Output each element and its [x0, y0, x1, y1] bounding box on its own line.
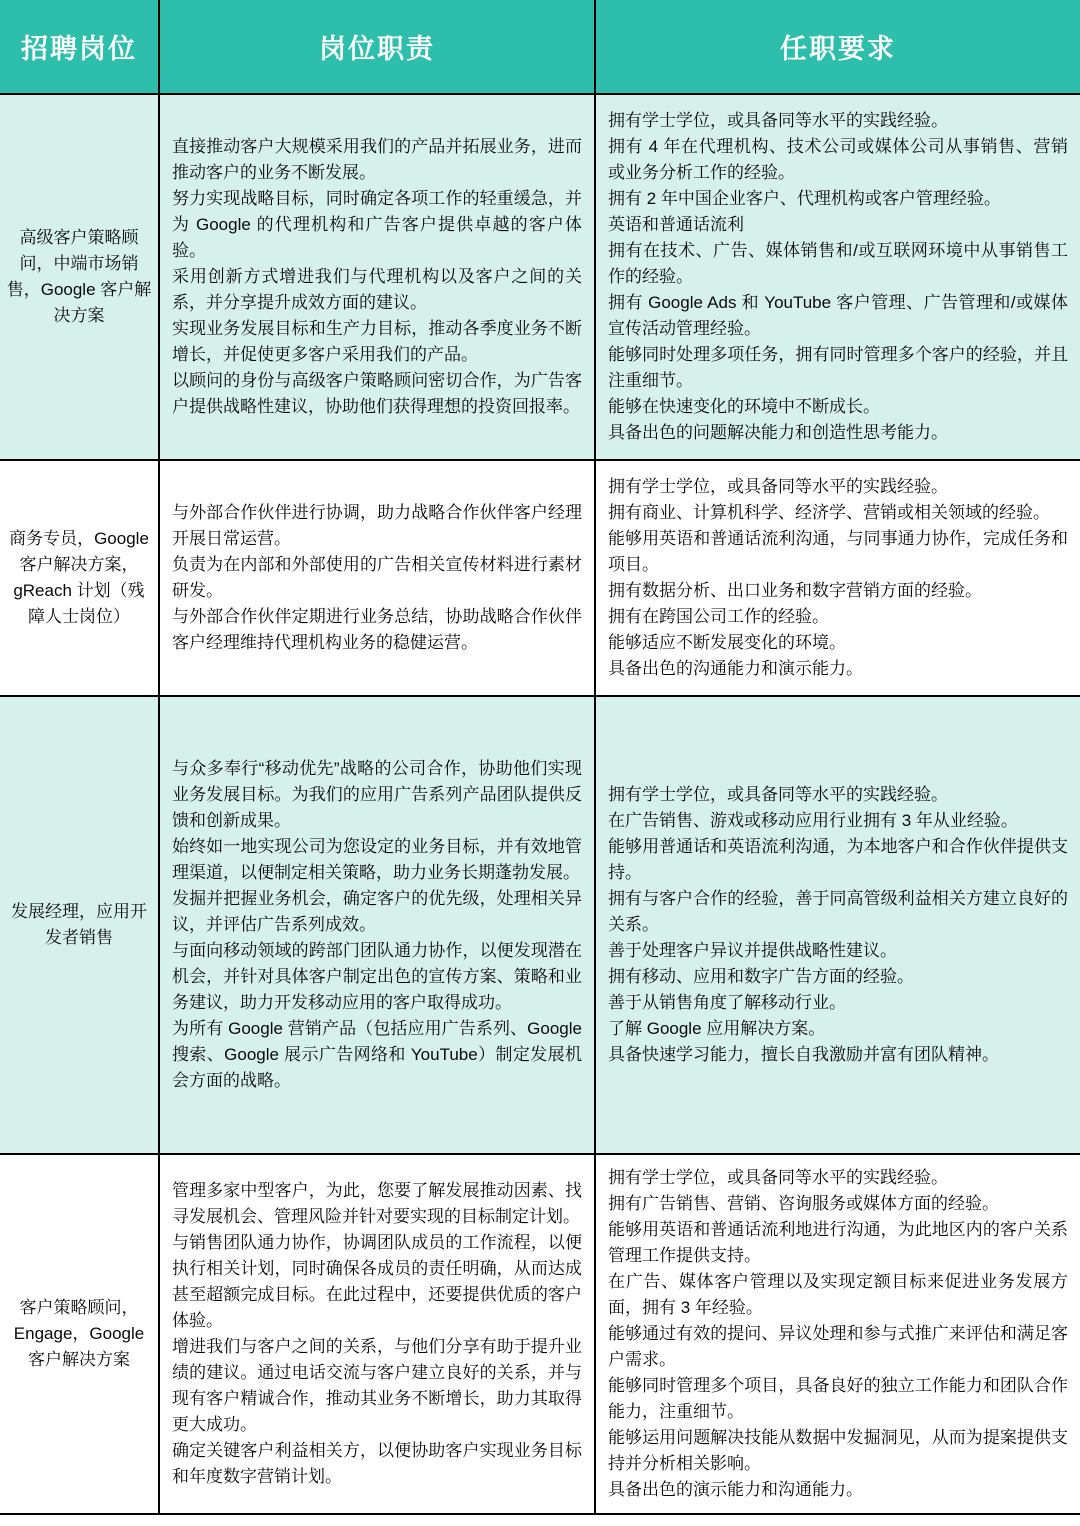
recruitment-table: 招聘岗位 岗位职责 任职要求 高级客户策略顾问，中端市场销售，Google 客户… [0, 0, 1080, 1515]
job-row: 商务专员，Google 客户解决方案，gReach 计划（残障人士岗位）与外部合… [0, 461, 1080, 697]
responsibility-item: 与面向移动领域的跨部门团队通力协作，以便发现潜在机会，并针对具体客户制定出色的宣… [172, 938, 582, 1016]
job-row: 发展经理，应用开发者销售与众多奉行“移动优先”战略的公司合作，协助他们实现业务发… [0, 697, 1080, 1155]
requirement-item: 能够在快速变化的环境中不断成长。 [608, 394, 1068, 420]
requirements-cell: 拥有学士学位，或具备同等水平的实践经验。拥有广告销售、营销、咨询服务或媒体方面的… [596, 1155, 1080, 1513]
requirement-item: 拥有广告销售、营销、咨询服务或媒体方面的经验。 [608, 1191, 1068, 1217]
responsibilities-cell: 管理多家中型客户，为此，您要了解发展推动因素、找寻发展机会、管理风险并针对要实现… [160, 1155, 596, 1513]
header-cell-position: 招聘岗位 [0, 0, 160, 93]
position-text: 商务专员，Google 客户解决方案，gReach 计划（残障人士岗位） [6, 526, 152, 630]
requirement-item: 拥有 Google Ads 和 YouTube 客户管理、广告管理和/或媒体宣传… [608, 290, 1068, 342]
job-row: 客户策略顾问，Engage，Google 客户解决方案管理多家中型客户，为此，您… [0, 1155, 1080, 1515]
requirement-item: 拥有学士学位，或具备同等水平的实践经验。 [608, 108, 1068, 134]
requirements-cell: 拥有学士学位，或具备同等水平的实践经验。在广告销售、游戏或移动应用行业拥有 3 … [596, 697, 1080, 1153]
requirement-item: 能够用英语和普通话流利沟通，与同事通力协作，完成任务和项目。 [608, 526, 1068, 578]
responsibility-item: 增进我们与客户之间的关系，与他们分享有助于提升业绩的建议。通过电话交流与客户建立… [172, 1334, 582, 1438]
requirement-item: 拥有学士学位，或具备同等水平的实践经验。 [608, 1165, 1068, 1191]
requirements-cell: 拥有学士学位，或具备同等水平的实践经验。拥有 4 年在代理机构、技术公司或媒体公… [596, 95, 1080, 459]
responsibility-item: 直接推动客户大规模采用我们的产品并拓展业务，进而推动客户的业务不断发展。 [172, 134, 582, 186]
responsibility-item: 管理多家中型客户，为此，您要了解发展推动因素、找寻发展机会、管理风险并针对要实现… [172, 1178, 582, 1230]
requirement-item: 在广告、媒体客户管理以及实现定额目标来促进业务发展方面，拥有 3 年经验。 [608, 1269, 1068, 1321]
position-cell: 商务专员，Google 客户解决方案，gReach 计划（残障人士岗位） [0, 461, 160, 695]
position-cell: 客户策略顾问，Engage，Google 客户解决方案 [0, 1155, 160, 1513]
requirement-item: 具备出色的问题解决能力和创造性思考能力。 [608, 420, 1068, 446]
position-cell: 发展经理，应用开发者销售 [0, 697, 160, 1153]
requirement-item: 在广告销售、游戏或移动应用行业拥有 3 年从业经验。 [608, 808, 1068, 834]
requirement-item: 拥有在技术、广告、媒体销售和/或互联网环境中从事销售工作的经验。 [608, 238, 1068, 290]
requirement-item: 英语和普通话流利 [608, 212, 1068, 238]
responsibility-item: 确定关键客户利益相关方，以便协助客户实现业务目标和年度数字营销计划。 [172, 1438, 582, 1490]
responsibility-item: 以顾问的身份与高级客户策略顾问密切合作，为广告客户提供战略性建议，协助他们获得理… [172, 368, 582, 420]
requirement-item: 拥有移动、应用和数字广告方面的经验。 [608, 964, 1068, 990]
responsibilities-cell: 与外部合作伙伴进行协调，助力战略合作伙伴客户经理开展日常运营。负责为在内部和外部… [160, 461, 596, 695]
responsibility-item: 努力实现战略目标，同时确定各项工作的轻重缓急，并为 Google 的代理机构和广… [172, 186, 582, 264]
responsibility-item: 采用创新方式增进我们与代理机构以及客户之间的关系，并分享提升成效方面的建议。 [172, 264, 582, 316]
requirement-item: 能够用普通话和英语流利沟通，为本地客户和合作伙伴提供支持。 [608, 834, 1068, 886]
responsibility-item: 与众多奉行“移动优先”战略的公司合作，协助他们实现业务发展目标。为我们的应用广告… [172, 756, 582, 834]
requirements-cell: 拥有学士学位，或具备同等水平的实践经验。拥有商业、计算机科学、经济学、营销或相关… [596, 461, 1080, 695]
requirement-item: 具备快速学习能力，擅长自我激励并富有团队精神。 [608, 1042, 1068, 1068]
requirement-item: 拥有在跨国公司工作的经验。 [608, 604, 1068, 630]
requirement-item: 能够运用问题解决技能从数据中发掘洞见，从而为提案提供支持并分析相关影响。 [608, 1425, 1068, 1477]
header-cell-responsibilities: 岗位职责 [160, 0, 596, 93]
requirement-item: 能够适应不断发展变化的环境。 [608, 630, 1068, 656]
responsibility-item: 与销售团队通力协作，协调团队成员的工作流程，以便执行相关计划，同时确保各成员的责… [172, 1230, 582, 1334]
requirement-item: 拥有学士学位，或具备同等水平的实践经验。 [608, 474, 1068, 500]
requirement-item: 了解 Google 应用解决方案。 [608, 1016, 1068, 1042]
responsibility-item: 与外部合作伙伴定期进行业务总结，协助战略合作伙伴客户经理维持代理机构业务的稳健运… [172, 604, 582, 656]
responsibility-item: 始终如一地实现公司为您设定的业务目标，并有效地管理渠道，以便制定相关策略，助力业… [172, 834, 582, 886]
requirement-item: 能够通过有效的提问、异议处理和参与式推广来评估和满足客户需求。 [608, 1321, 1068, 1373]
requirement-item: 拥有数据分析、出口业务和数字营销方面的经验。 [608, 578, 1068, 604]
requirement-item: 能够同时管理多个项目，具备良好的独立工作能力和团队合作能力，注重细节。 [608, 1373, 1068, 1425]
requirement-item: 具备出色的沟通能力和演示能力。 [608, 656, 1068, 682]
position-text: 高级客户策略顾问，中端市场销售，Google 客户解决方案 [6, 225, 152, 329]
requirement-item: 善于从销售角度了解移动行业。 [608, 990, 1068, 1016]
requirement-item: 拥有商业、计算机科学、经济学、营销或相关领域的经验。 [608, 500, 1068, 526]
responsibility-item: 为所有 Google 营销产品（包括应用广告系列、Google 搜索、Googl… [172, 1016, 582, 1094]
requirement-item: 拥有学士学位，或具备同等水平的实践经验。 [608, 782, 1068, 808]
requirement-item: 具备出色的演示能力和沟通能力。 [608, 1477, 1068, 1503]
responsibility-item: 实现业务发展目标和生产力目标，推动各季度业务不断增长，并促使更多客户采用我们的产… [172, 316, 582, 368]
table-header-row: 招聘岗位 岗位职责 任职要求 [0, 0, 1080, 95]
requirement-item: 拥有 2 年中国企业客户、代理机构或客户管理经验。 [608, 186, 1068, 212]
requirement-item: 拥有 4 年在代理机构、技术公司或媒体公司从事销售、营销或业务分析工作的经验。 [608, 134, 1068, 186]
table-body: 高级客户策略顾问，中端市场销售，Google 客户解决方案直接推动客户大规模采用… [0, 95, 1080, 1515]
position-text: 客户策略顾问，Engage，Google 客户解决方案 [6, 1295, 152, 1373]
position-cell: 高级客户策略顾问，中端市场销售，Google 客户解决方案 [0, 95, 160, 459]
job-row: 高级客户策略顾问，中端市场销售，Google 客户解决方案直接推动客户大规模采用… [0, 95, 1080, 461]
requirement-item: 能够同时处理多项任务，拥有同时管理多个客户的经验，并且注重细节。 [608, 342, 1068, 394]
requirement-item: 善于处理客户异议并提供战略性建议。 [608, 938, 1068, 964]
position-text: 发展经理，应用开发者销售 [6, 899, 152, 951]
responsibility-item: 发掘并把握业务机会，确定客户的优先级，处理相关异议，并评估广告系列成效。 [172, 886, 582, 938]
requirement-item: 拥有与客户合作的经验，善于同高管级利益相关方建立良好的关系。 [608, 886, 1068, 938]
responsibility-item: 负责为在内部和外部使用的广告相关宣传材料进行素材研发。 [172, 552, 582, 604]
responsibility-item: 与外部合作伙伴进行协调，助力战略合作伙伴客户经理开展日常运营。 [172, 500, 582, 552]
responsibilities-cell: 直接推动客户大规模采用我们的产品并拓展业务，进而推动客户的业务不断发展。努力实现… [160, 95, 596, 459]
requirement-item: 能够用英语和普通话流利地进行沟通，为此地区内的客户关系管理工作提供支持。 [608, 1217, 1068, 1269]
responsibilities-cell: 与众多奉行“移动优先”战略的公司合作，协助他们实现业务发展目标。为我们的应用广告… [160, 697, 596, 1153]
header-cell-requirements: 任职要求 [596, 0, 1080, 93]
